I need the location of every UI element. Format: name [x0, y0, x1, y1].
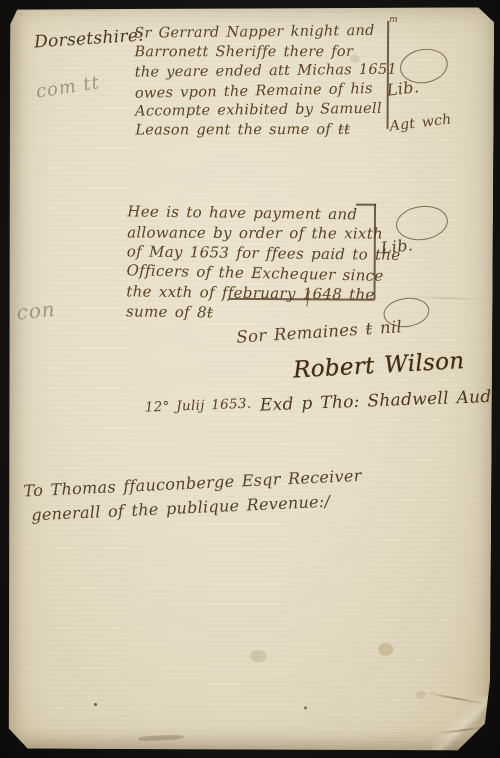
foxing-spot [350, 55, 360, 63]
paragraph-1: Sr Gerrard Napper knight and Barronett S… [134, 23, 403, 143]
ink-fleck [304, 706, 307, 709]
smudge-streak [138, 734, 184, 741]
ink-fleck [94, 703, 97, 706]
county-heading: Dorsetshire: [34, 26, 145, 53]
pencil-note-bottom: con [15, 297, 56, 325]
signature-robert-wilson: Robert Wilson [292, 348, 465, 383]
bracket-tick-mark: m [389, 15, 398, 25]
lib-annotation-1: Lib. [386, 77, 420, 100]
manuscript-page: Dorsetshire: com tt Sr Gerrard Napper kn… [6, 5, 495, 752]
paragraph-2-line: allowance by order of the xixth [127, 223, 383, 244]
paragraph-1-line: Leason gent the sume of ŧŧ [135, 121, 403, 141]
paragraph-2-line: Hee is to have payment and [127, 202, 383, 225]
pencil-note-top: com tt [35, 72, 102, 102]
lib-annotation-2: Lib. [380, 235, 414, 257]
exam-date: 12° Julij 1653. [145, 396, 252, 416]
exam-auditor: Exd p Tho: Shadwell Auditr [260, 386, 500, 415]
paragraph-2: Hee is to have payment and allowance by … [126, 202, 384, 325]
paragraph-1-line: Sr Gerrard Napper knight and [134, 23, 402, 46]
paragraph-1-line: Barronett Sheriffe there for [134, 43, 402, 63]
foxing-spot [250, 650, 266, 662]
foxing-spot [378, 643, 393, 656]
photograph-background: { "colors": { "ink": "#5b4226", "ink_dar… [0, 0, 500, 758]
paragraph-2-box-top-tick [356, 204, 376, 206]
paragraph-1-line: Accompte exhibited by Samuell [135, 101, 403, 124]
